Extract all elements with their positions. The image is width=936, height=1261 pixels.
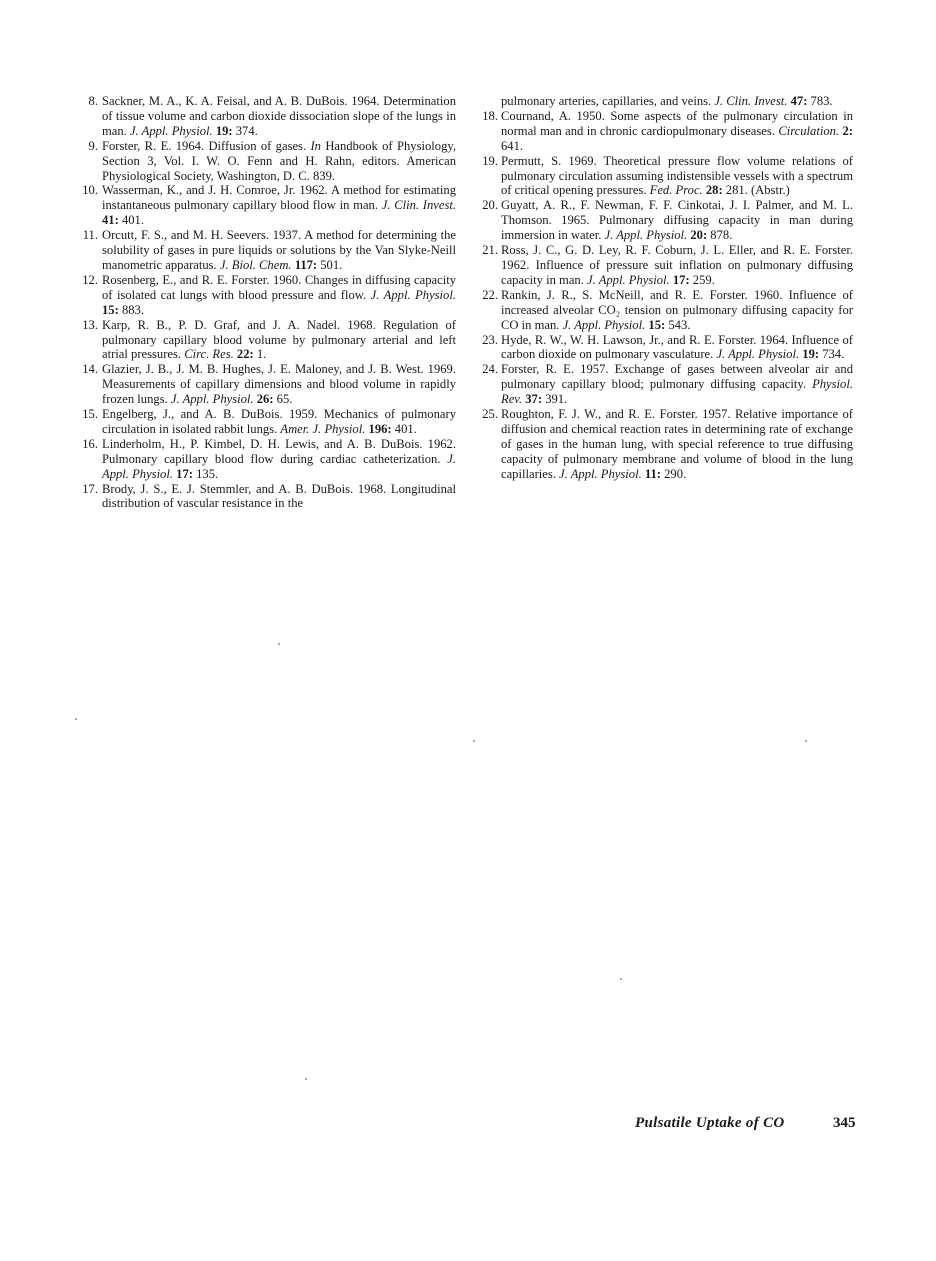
reference-17-continuation: pulmonary arteries, capillaries, and vei… xyxy=(501,94,853,109)
reference-number: 15. xyxy=(82,407,98,422)
journal-title: J. Appl. Physiol. xyxy=(171,392,254,406)
reference-number: 8. xyxy=(82,94,98,109)
volume-number: 17: xyxy=(176,467,193,481)
volume-number: 28: xyxy=(706,183,723,197)
journal-title: J. Appl. Physiol. xyxy=(587,273,670,287)
reference-text: 401. xyxy=(119,213,144,227)
reference-text: 374. xyxy=(233,124,258,138)
reference-number: 23. xyxy=(482,333,498,348)
journal-title: J. Appl. Physiol. xyxy=(716,347,799,361)
reference-text: Karp, R. B., P. D. Graf, and J. A. Nadel… xyxy=(102,318,456,362)
reference-text: 65. xyxy=(274,392,293,406)
reference-entry: 17.Brody, J. S., E. J. Stemmler, and A. … xyxy=(82,482,456,512)
reference-entry: 23.Hyde, R. W., W. H. Lawson, Jr., and R… xyxy=(482,333,853,363)
journal-title: J. Appl. Physiol. xyxy=(559,467,642,481)
reference-entry: 25.Roughton, F. J. W., and R. E. Forster… xyxy=(482,407,853,482)
reference-entry: 13.Karp, R. B., P. D. Graf, and J. A. Na… xyxy=(82,318,456,363)
reference-text: 878. xyxy=(707,228,732,242)
running-head: Pulsatile Uptake of CO xyxy=(635,1115,785,1131)
volume-number: 22: xyxy=(237,347,254,361)
reference-number: 25. xyxy=(482,407,498,422)
volume-number: 37: xyxy=(525,392,542,406)
reference-number: 17. xyxy=(82,482,98,497)
journal-title: J. Appl. Physiol. xyxy=(605,228,688,242)
reference-entry: 24.Forster, R. E. 1957. Exchange of gase… xyxy=(482,362,853,407)
volume-number: 19: xyxy=(802,347,819,361)
reference-text: Forster, R. E. 1957. Exchange of gases b… xyxy=(501,362,853,391)
scan-speck xyxy=(805,740,807,742)
reference-number: 16. xyxy=(82,437,98,452)
reference-text: Brody, J. S., E. J. Stemmler, and A. B. … xyxy=(102,482,456,511)
scan-speck xyxy=(473,740,475,742)
reference-entry: 12.Rosenberg, E., and R. E. Forster. 196… xyxy=(82,273,456,318)
journal-title: Circ. Res. xyxy=(184,347,234,361)
volume-number: 20: xyxy=(690,228,707,242)
reference-entry: 18.Cournand, A. 1950. Some aspects of th… xyxy=(482,109,853,154)
reference-number: 22. xyxy=(482,288,498,303)
reference-entry: 16.Linderholm, H., P. Kimbel, D. H. Lewi… xyxy=(82,437,456,482)
reference-entry: 9.Forster, R. E. 1964. Diffusion of gase… xyxy=(82,139,456,184)
reference-entry: 19.Permutt, S. 1969. Theoretical pressur… xyxy=(482,154,853,199)
journal-title: J. Appl. Physiol. xyxy=(130,124,213,138)
reference-entry: 21.Ross, J. C., G. D. Ley, R. F. Coburn,… xyxy=(482,243,853,288)
journal-title: Fed. Proc. xyxy=(650,183,703,197)
journal-title: Amer. J. Physiol. xyxy=(280,422,365,436)
reference-number: 18. xyxy=(482,109,498,124)
reference-number: 19. xyxy=(482,154,498,169)
reference-number: 9. xyxy=(82,139,98,154)
reference-number: 12. xyxy=(82,273,98,288)
page-footer: Pulsatile Uptake of CO 345 xyxy=(635,1115,785,1132)
left-reference-column: 8.Sackner, M. A., K. A. Feisal, and A. B… xyxy=(82,94,456,511)
reference-text: 391. xyxy=(542,392,567,406)
reference-text: 501. xyxy=(317,258,342,272)
reference-entry: 10.Wasserman, K., and J. H. Comroe, Jr. … xyxy=(82,183,456,228)
page-number: 345 xyxy=(833,1115,856,1132)
volume-number: 19: xyxy=(216,124,233,138)
volume-number: 196: xyxy=(369,422,392,436)
reference-number: 11. xyxy=(82,228,98,243)
journal-title: Circulation. xyxy=(778,124,839,138)
reference-text: Forster, R. E. 1964. Diffusion of gases. xyxy=(102,139,310,153)
right-reference-column: pulmonary arteries, capillaries, and vei… xyxy=(501,94,853,482)
reference-text: Linderholm, H., P. Kimbel, D. H. Lewis, … xyxy=(102,437,456,466)
journal-title: J. Clin. Invest. xyxy=(382,198,456,212)
journal-title: J. Appl. Physiol. xyxy=(563,318,646,332)
reference-text: 641. xyxy=(501,139,523,153)
reference-number: 21. xyxy=(482,243,498,258)
reference-number: 14. xyxy=(82,362,98,377)
reference-text: 883. xyxy=(119,303,144,317)
reference-number: 13. xyxy=(82,318,98,333)
reference-entry: 22.Rankin, J. R., S. McNeill, and R. E. … xyxy=(482,288,853,333)
reference-text: 1. xyxy=(254,347,267,361)
volume-number: 15: xyxy=(648,318,665,332)
reference-text: pulmonary arteries, capillaries, and vei… xyxy=(501,94,714,108)
scan-speck xyxy=(75,718,77,720)
volume-number: 2: xyxy=(843,124,854,138)
reference-number: 10. xyxy=(82,183,98,198)
journal-title: In xyxy=(310,139,321,153)
volume-number: 41: xyxy=(102,213,119,227)
volume-number: 26: xyxy=(257,392,274,406)
reference-text: 734. xyxy=(819,347,844,361)
journal-title: J. Biol. Chem. xyxy=(220,258,292,272)
scan-speck xyxy=(278,643,280,645)
reference-text: 401. xyxy=(392,422,417,436)
reference-entry: 15.Engelberg, J., and A. B. DuBois. 1959… xyxy=(82,407,456,437)
scan-speck xyxy=(305,1078,307,1080)
reference-text: 290. xyxy=(661,467,686,481)
volume-number: 17: xyxy=(673,273,690,287)
reference-text: 543. xyxy=(665,318,690,332)
volume-number: 117: xyxy=(295,258,317,272)
reference-text: 135. xyxy=(193,467,218,481)
reference-number: 20. xyxy=(482,198,498,213)
reference-text: 783. xyxy=(807,94,832,108)
reference-entry: 20.Guyatt, A. R., F. Newman, F. F. Cinko… xyxy=(482,198,853,243)
reference-text: 281. (Abstr.) xyxy=(723,183,790,197)
volume-number: 11: xyxy=(645,467,661,481)
volume-number: 15: xyxy=(102,303,119,317)
volume-number: 47: xyxy=(791,94,808,108)
reference-text: 259. xyxy=(690,273,715,287)
reference-entry: 11.Orcutt, F. S., and M. H. Seevers. 193… xyxy=(82,228,456,273)
reference-entry: 14.Glazier, J. B., J. M. B. Hughes, J. E… xyxy=(82,362,456,407)
scan-speck xyxy=(620,978,622,980)
journal-title: J. Clin. Invest. xyxy=(714,94,787,108)
reference-entry: 8.Sackner, M. A., K. A. Feisal, and A. B… xyxy=(82,94,456,139)
journal-title: J. Appl. Physiol. xyxy=(371,288,456,302)
reference-number: 24. xyxy=(482,362,498,377)
